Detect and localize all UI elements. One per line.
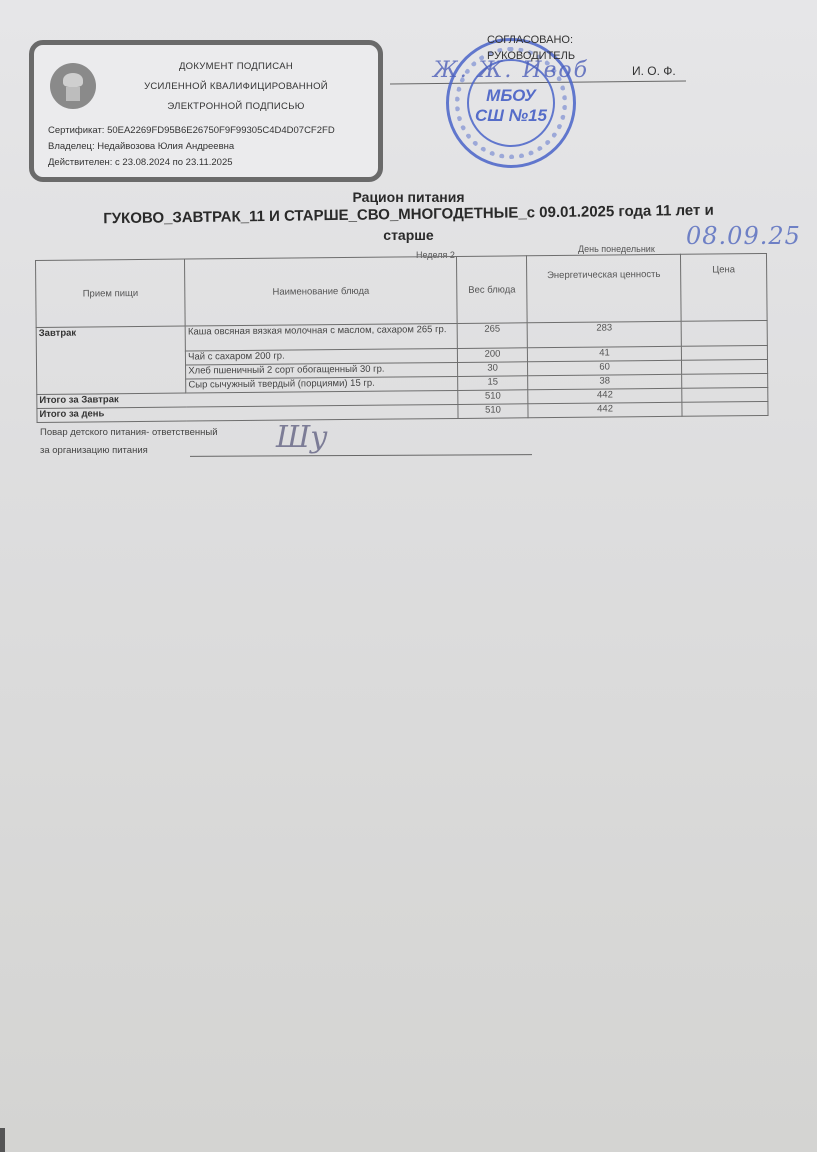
dish-weight: 15 [458,376,529,391]
menu-table: Прием пищи Наименование блюда Вес блюда … [35,253,769,423]
stamp-line-2: СШ №15 [449,106,573,126]
dish-price [681,345,767,360]
responsible-label-1: Повар детского питания- ответственный [40,427,218,438]
dish-name: Каша овсяная вязкая молочная с маслом, с… [185,323,457,351]
signature-heading-1: ДОКУМЕНТ ПОДПИСАН [34,61,378,72]
handwritten-date: 08.09.25 [686,222,801,250]
total-price [682,387,768,402]
certificate-validity: Действителен: с 23.08.2024 по 23.11.2025 [48,157,233,168]
dish-price [682,373,768,388]
table-header-row: Прием пищи Наименование блюда Вес блюда … [36,253,768,327]
responsible-label-2: за организацию питания [40,445,148,456]
electronic-signature-box: ДОКУМЕНТ ПОДПИСАН УСИЛЕННОЙ КВАЛИФИЦИРОВ… [29,40,383,182]
day-label: День понедельник [578,244,655,254]
certificate-number: Сертификат: 50EA2269FD95B6E26750F9F99305… [48,125,335,136]
col-price: Цена [680,253,767,321]
total-weight: 510 [458,404,529,419]
approval-label: СОГЛАСОВАНО: [487,34,573,46]
dish-energy: 60 [528,360,682,375]
dish-energy: 38 [528,374,682,389]
scanned-document-page: ДОКУМЕНТ ПОДПИСАН УСИЛЕННОЙ КВАЛИФИЦИРОВ… [0,0,817,1152]
col-meal: Прием пищи [36,259,186,327]
dish-weight: 30 [457,362,528,377]
total-energy: 442 [528,402,682,417]
total-weight: 510 [458,390,529,405]
head-signature: Ж. Ж. Ивоб [433,58,589,83]
certificate-owner: Владелец: Недайвозова Юлия Андреевна [48,141,234,152]
initials-label: И. О. Ф. [632,64,676,78]
dish-weight: 265 [457,323,528,349]
total-price [682,401,768,416]
total-label: Итого за день [37,404,458,422]
dish-weight: 200 [457,348,528,363]
scan-edge [0,1128,5,1152]
total-energy: 442 [528,388,682,403]
col-weight: Вес блюда [456,256,527,324]
col-energy: Энергетическая ценность [527,254,681,322]
signature-heading-3: ЭЛЕКТРОННОЙ ПОДПИСЬЮ [34,101,378,112]
dish-energy: 283 [527,321,681,347]
dish-price [681,320,767,346]
responsible-signature-line [190,454,532,457]
signature-heading-2: УСИЛЕННОЙ КВАЛИФИЦИРОВАННОЙ [34,81,378,92]
dish-price [681,359,767,374]
meal-name: Завтрак [36,326,186,394]
dish-energy: 41 [528,346,682,361]
stamp-line-1: МБОУ [449,86,573,106]
cook-signature: Шу [276,420,328,455]
col-dish: Наименование блюда [185,256,457,326]
